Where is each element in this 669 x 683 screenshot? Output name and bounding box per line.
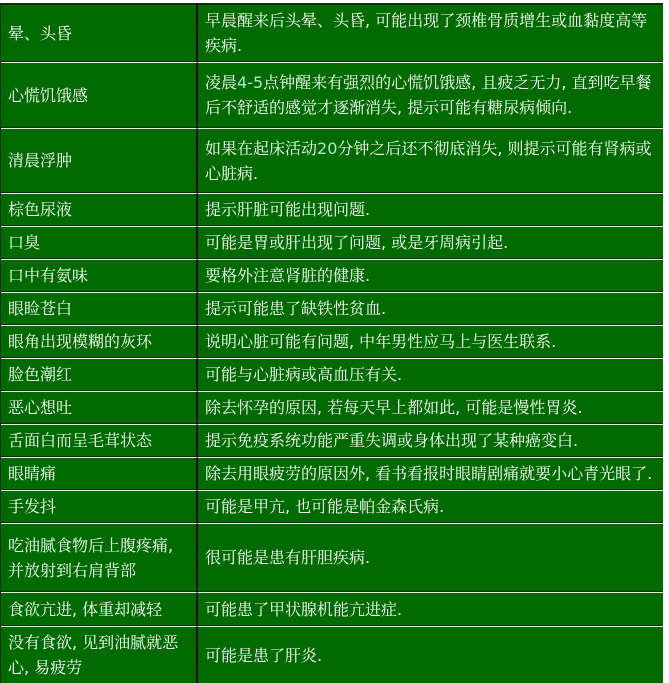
- symptom-cell: 清晨浮肿: [1, 128, 198, 193]
- description-cell: 可能是甲亢, 也可能是帕金森氏病.: [198, 490, 663, 523]
- description-cell: 可能与心脏病或高血压有关.: [198, 358, 663, 391]
- description-cell: 要格外注意肾脏的健康.: [198, 259, 663, 292]
- table-row: 清晨浮肿如果在起床活动20分钟之后还不彻底消失, 则提示可能有肾病或心脏病.: [1, 128, 663, 193]
- table-row: 舌面白而呈毛茸状态提示免疫系统功能严重失调或身体出现了某种癌变白.: [1, 424, 663, 457]
- description-cell: 提示肝脏可能出现问题.: [198, 193, 663, 226]
- description-cell: 提示可能患了缺铁性贫血.: [198, 292, 663, 325]
- symptom-cell: 没有食欲, 见到油腻就恶心, 易疲劳: [1, 626, 198, 683]
- symptom-cell: 手发抖: [1, 490, 198, 523]
- table-row: 口中有氨味要格外注意肾脏的健康.: [1, 259, 663, 292]
- description-cell: 说明心脏可能有问题, 中年男性应马上与医生联系.: [198, 325, 663, 358]
- symptom-cell: 食欲亢进, 体重却减轻: [1, 592, 198, 626]
- symptom-table: 晕、头昏早晨醒来后头晕、头昏, 可能出现了颈椎骨质增生或血黏度高等疾病.心慌饥饿…: [0, 3, 663, 683]
- description-cell: 除去怀孕的原因, 若每天早上都如此, 可能是慢性胃炎.: [198, 391, 663, 424]
- table-row: 心慌饥饿感凌晨4-5点钟醒来有强烈的心慌饥饿感, 且疲乏无力, 直到吃早餐后不舒…: [1, 62, 663, 128]
- symptom-cell: 口中有氨味: [1, 259, 198, 292]
- symptom-cell: 吃油腻食物后上腹疼痛, 并放射到右肩背部: [1, 523, 198, 592]
- symptom-cell: 恶心想吐: [1, 391, 198, 424]
- symptom-cell: 心慌饥饿感: [1, 62, 198, 128]
- table-row: 眼睛痛除去用眼疲劳的原因外, 看书看报时眼睛剧痛就要小心青光眼了.: [1, 457, 663, 490]
- symptom-cell: 晕、头昏: [1, 3, 198, 62]
- table-row: 口臭可能是胃或肝出现了问题, 或是牙周病引起.: [1, 226, 663, 259]
- description-cell: 提示免疫系统功能严重失调或身体出现了某种癌变白.: [198, 424, 663, 457]
- symptom-cell: 脸色潮红: [1, 358, 198, 391]
- table-row: 眼睑苍白提示可能患了缺铁性贫血.: [1, 292, 663, 325]
- description-cell: 如果在起床活动20分钟之后还不彻底消失, 则提示可能有肾病或心脏病.: [198, 128, 663, 193]
- symptom-cell: 眼睑苍白: [1, 292, 198, 325]
- table-wrapper: 晕、头昏早晨醒来后头晕、头昏, 可能出现了颈椎骨质增生或血黏度高等疾病.心慌饥饿…: [0, 3, 663, 683]
- description-cell: 可能是患了肝炎.: [198, 626, 663, 683]
- page: 晕、头昏早晨醒来后头晕、头昏, 可能出现了颈椎骨质增生或血黏度高等疾病.心慌饥饿…: [0, 0, 669, 683]
- description-cell: 可能患了甲状腺机能亢进症.: [198, 592, 663, 626]
- table-row: 恶心想吐除去怀孕的原因, 若每天早上都如此, 可能是慢性胃炎.: [1, 391, 663, 424]
- table-row: 眼角出现模糊的灰环说明心脏可能有问题, 中年男性应马上与医生联系.: [1, 325, 663, 358]
- symptom-cell: 眼角出现模糊的灰环: [1, 325, 198, 358]
- description-cell: 很可能是患有肝胆疾病.: [198, 523, 663, 592]
- symptom-cell: 眼睛痛: [1, 457, 198, 490]
- table-row: 吃油腻食物后上腹疼痛, 并放射到右肩背部很可能是患有肝胆疾病.: [1, 523, 663, 592]
- symptom-cell: 棕色尿液: [1, 193, 198, 226]
- symptom-cell: 口臭: [1, 226, 198, 259]
- table-row: 晕、头昏早晨醒来后头晕、头昏, 可能出现了颈椎骨质增生或血黏度高等疾病.: [1, 3, 663, 62]
- description-cell: 早晨醒来后头晕、头昏, 可能出现了颈椎骨质增生或血黏度高等疾病.: [198, 3, 663, 62]
- table-row: 棕色尿液提示肝脏可能出现问题.: [1, 193, 663, 226]
- table-row: 食欲亢进, 体重却减轻可能患了甲状腺机能亢进症.: [1, 592, 663, 626]
- table-row: 没有食欲, 见到油腻就恶心, 易疲劳可能是患了肝炎.: [1, 626, 663, 683]
- symptom-cell: 舌面白而呈毛茸状态: [1, 424, 198, 457]
- table-row: 手发抖可能是甲亢, 也可能是帕金森氏病.: [1, 490, 663, 523]
- description-cell: 可能是胃或肝出现了问题, 或是牙周病引起.: [198, 226, 663, 259]
- description-cell: 凌晨4-5点钟醒来有强烈的心慌饥饿感, 且疲乏无力, 直到吃早餐后不舒适的感觉才…: [198, 62, 663, 128]
- description-cell: 除去用眼疲劳的原因外, 看书看报时眼睛剧痛就要小心青光眼了.: [198, 457, 663, 490]
- table-row: 脸色潮红可能与心脏病或高血压有关.: [1, 358, 663, 391]
